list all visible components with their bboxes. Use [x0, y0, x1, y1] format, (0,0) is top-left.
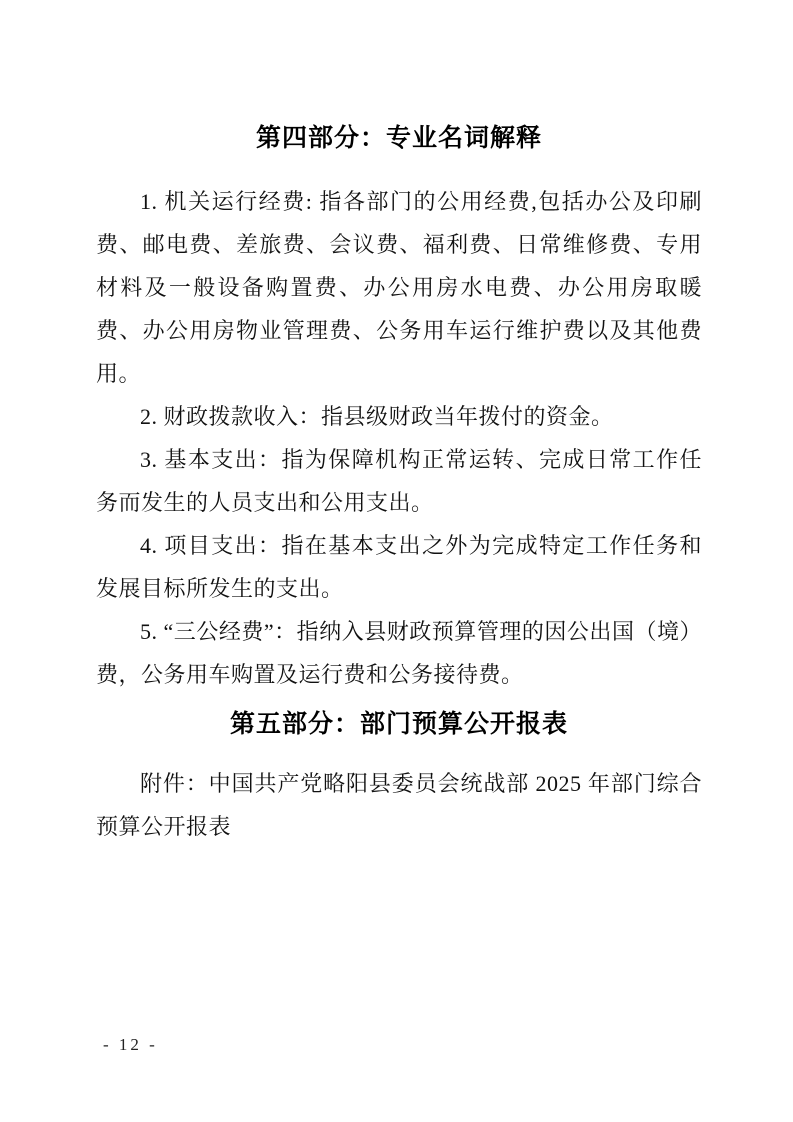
section-four-heading: 第四部分：专业名词解释 — [96, 120, 702, 156]
section-five-heading: 第五部分：部门预算公开报表 — [96, 706, 702, 742]
term-paragraph-basic-expenditure: 3. 基本支出：指为保障机构正常运转、完成日常工作任务而发生的人员支出和公用支出… — [96, 438, 702, 524]
document-page: 第四部分：专业名词解释 1. 机关运行经费: 指各部门的公用经费,包括办公及印刷… — [0, 0, 793, 1122]
term-paragraph-three-public-funds: 5. “三公经费”：指纳入县财政预算管理的因公出国（境）费，公务用车购置及运行费… — [96, 610, 702, 696]
term-paragraph-fiscal-appropriation-income: 2. 财政拨款收入：指县级财政当年拨付的资金。 — [96, 395, 702, 438]
page-number: - 12 - — [103, 1035, 158, 1055]
page-content: 第四部分：专业名词解释 1. 机关运行经费: 指各部门的公用经费,包括办公及印刷… — [96, 120, 702, 848]
attachment-block: 附件：中国共产党略阳县委员会统战部 2025 年部门综合预算公开报表 — [96, 762, 702, 848]
attachment-line: 附件：中国共产党略阳县委员会统战部 2025 年部门综合预算公开报表 — [96, 762, 702, 848]
terminology-definitions: 1. 机关运行经费: 指各部门的公用经费,包括办公及印刷费、邮电费、差旅费、会议… — [96, 180, 702, 696]
term-paragraph-organ-operating-funds: 1. 机关运行经费: 指各部门的公用经费,包括办公及印刷费、邮电费、差旅费、会议… — [96, 180, 702, 395]
term-paragraph-project-expenditure: 4. 项目支出：指在基本支出之外为完成特定工作任务和发展目标所发生的支出。 — [96, 524, 702, 610]
